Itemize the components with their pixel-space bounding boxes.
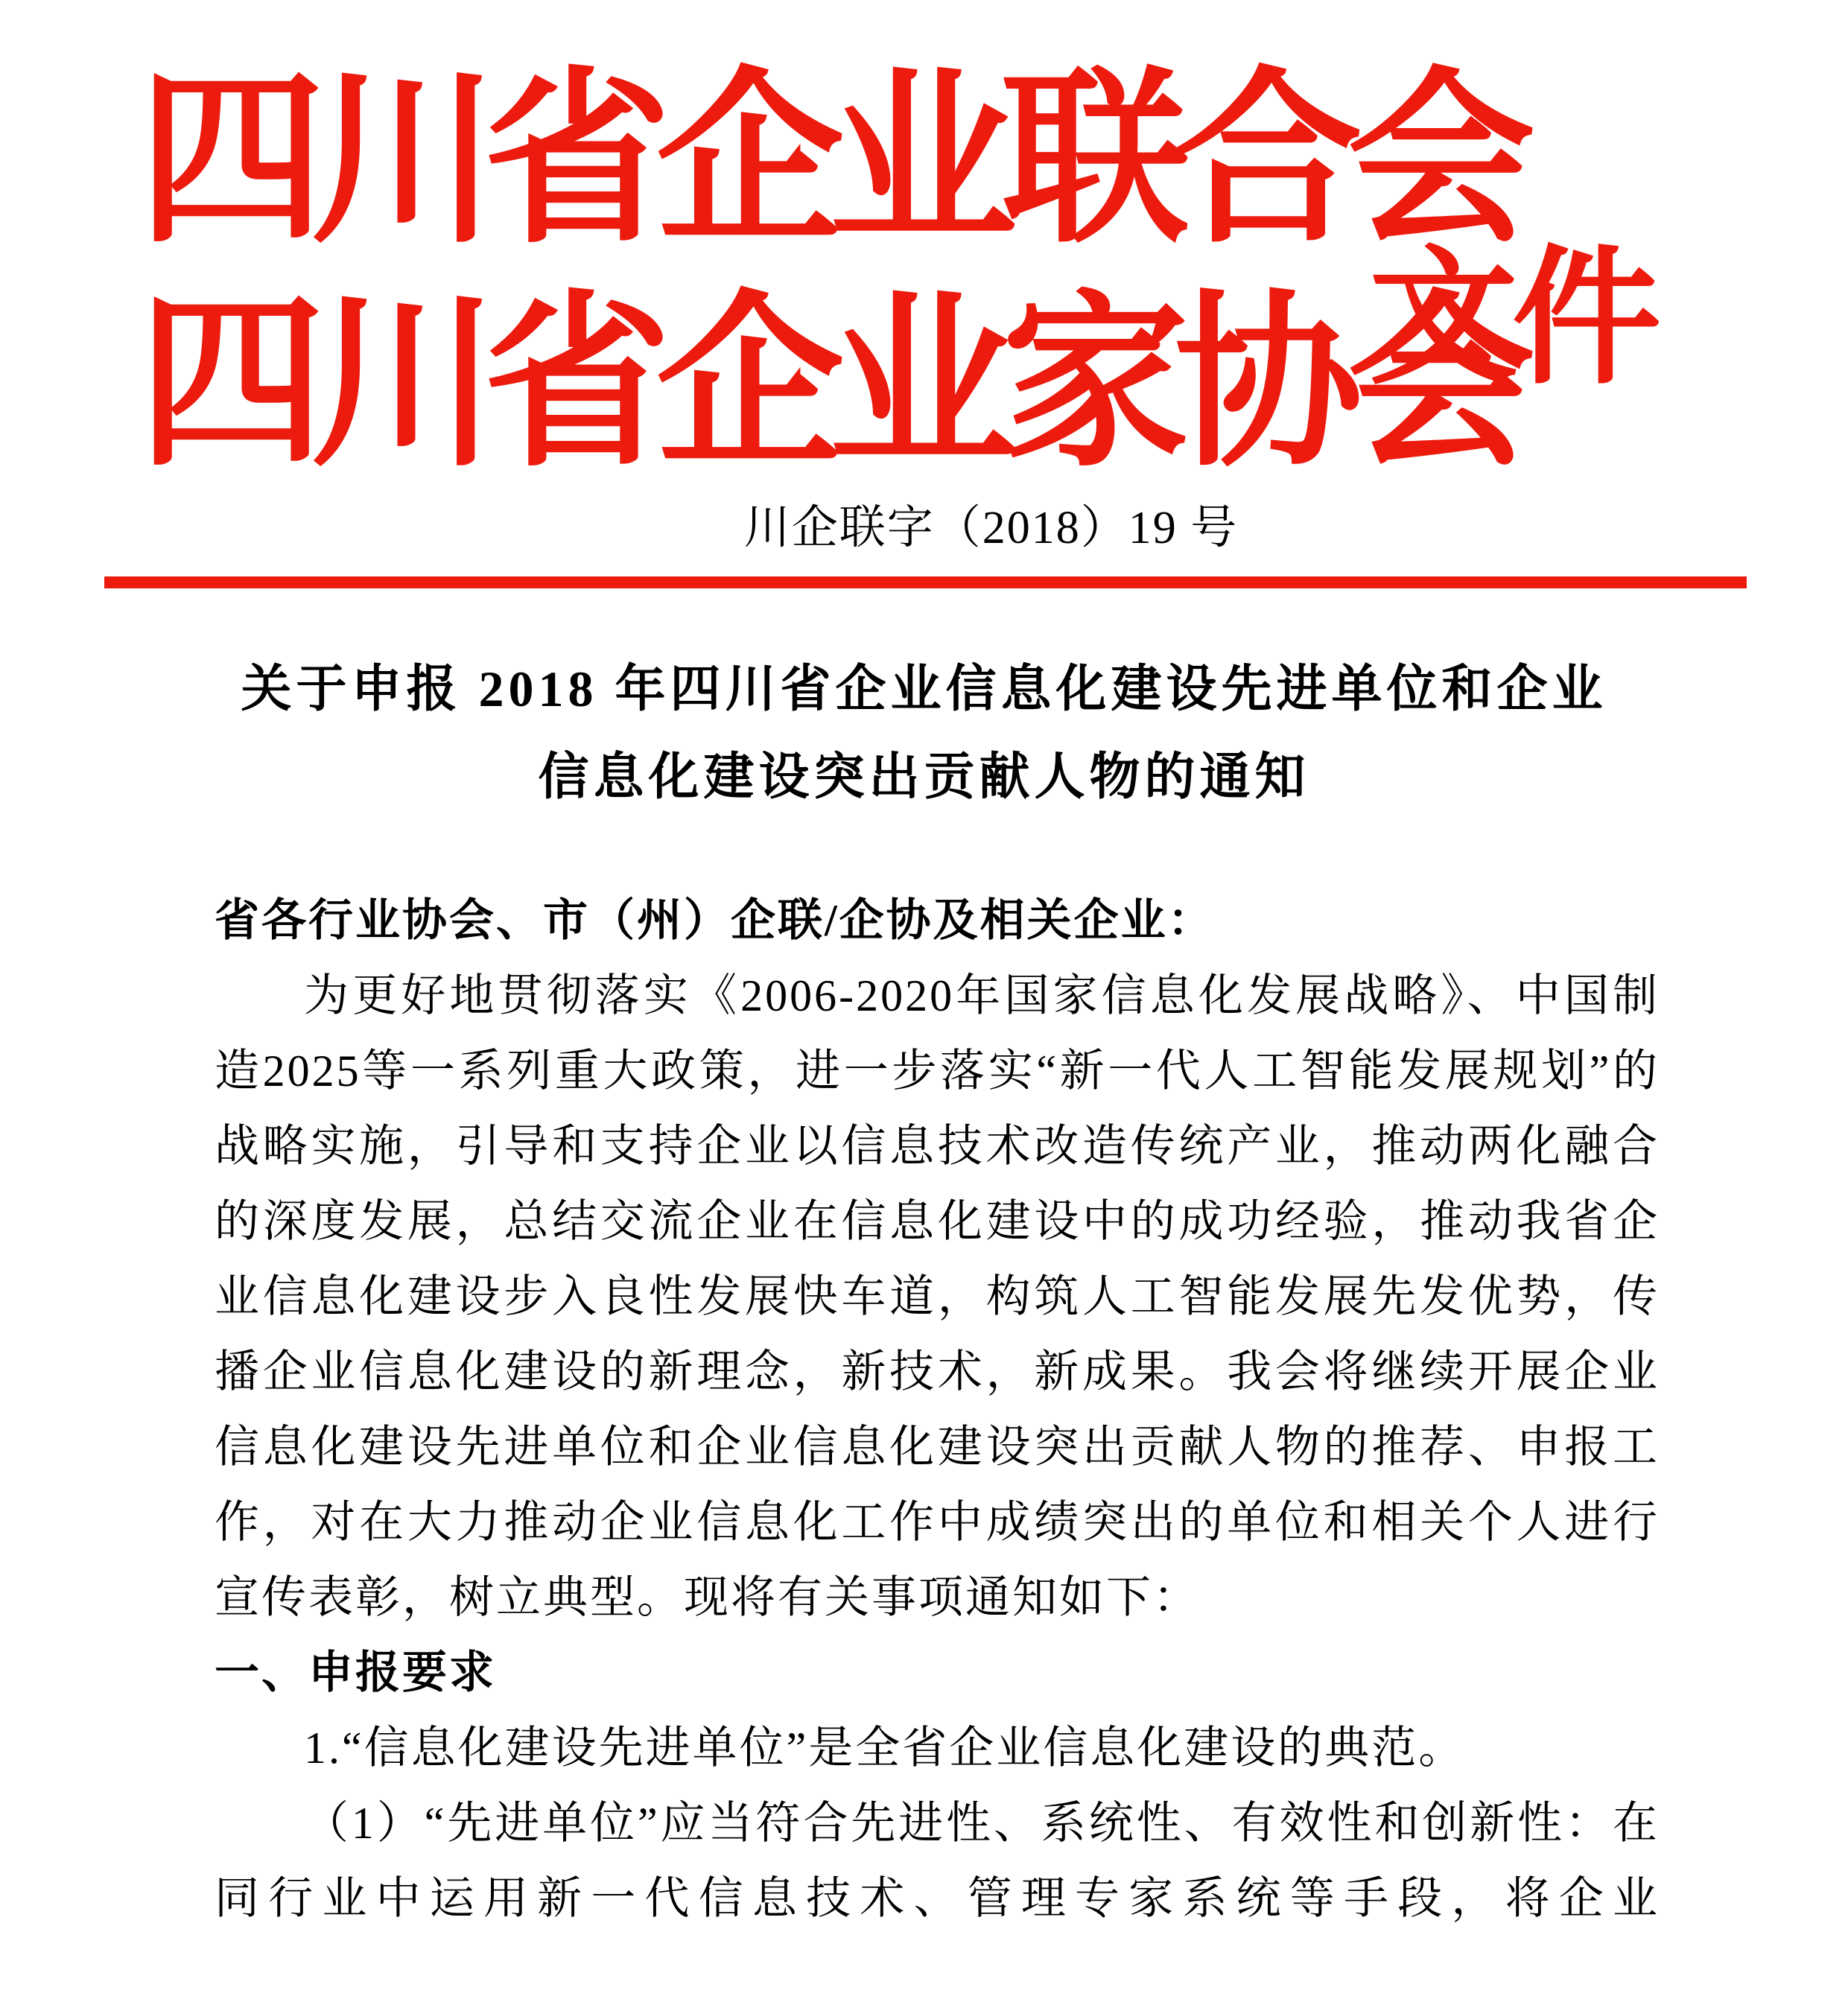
document-type-label: 文件 [1369,246,1655,395]
salutation-line: 省各行业协会、市（州）企联/企协及相关企业： [215,883,1660,959]
issuing-organizations: 四川省企业联合会 四川省企业家协会 [138,49,1520,496]
document-title-line1: 关于申报 2018 年四川省企业信息化建设先进单位和企业 [0,645,1848,733]
list-item-1: 1.“信息化建设先进单位”是全省企业信息化建设的典范。 [215,1711,1660,1786]
document-page: 四川省企业联合会 四川省企业家协会 文件 川企联字（2018）19 号 关于申报… [0,0,1848,1999]
org-name-line1: 四川省企业联合会 [138,49,1520,273]
document-title-line2: 信息化建设突出贡献人物的通知 [0,733,1848,821]
red-divider-line [104,576,1747,588]
document-body: 省各行业协会、市（州）企联/企协及相关企业： 为更好地贯彻落实《2006-202… [215,883,1660,1936]
list-item-2: （1）“先进单位”应当符合先进性、系统性、有效性和创新性：在同行业中运用新一代信… [215,1786,1660,1936]
document-title: 关于申报 2018 年四川省企业信息化建设先进单位和企业 信息化建设突出贡献人物… [0,645,1848,821]
section-heading-1: 一、申报要求 [215,1636,1660,1711]
body-paragraph-1: 为更好地贯彻落实《2006-2020年国家信息化发展战略》、中国制造2025等一… [215,959,1660,1636]
org-name-line2: 四川省企业家协会 [138,273,1520,496]
document-number: 川企联字（2018）19 号 [67,500,1848,556]
